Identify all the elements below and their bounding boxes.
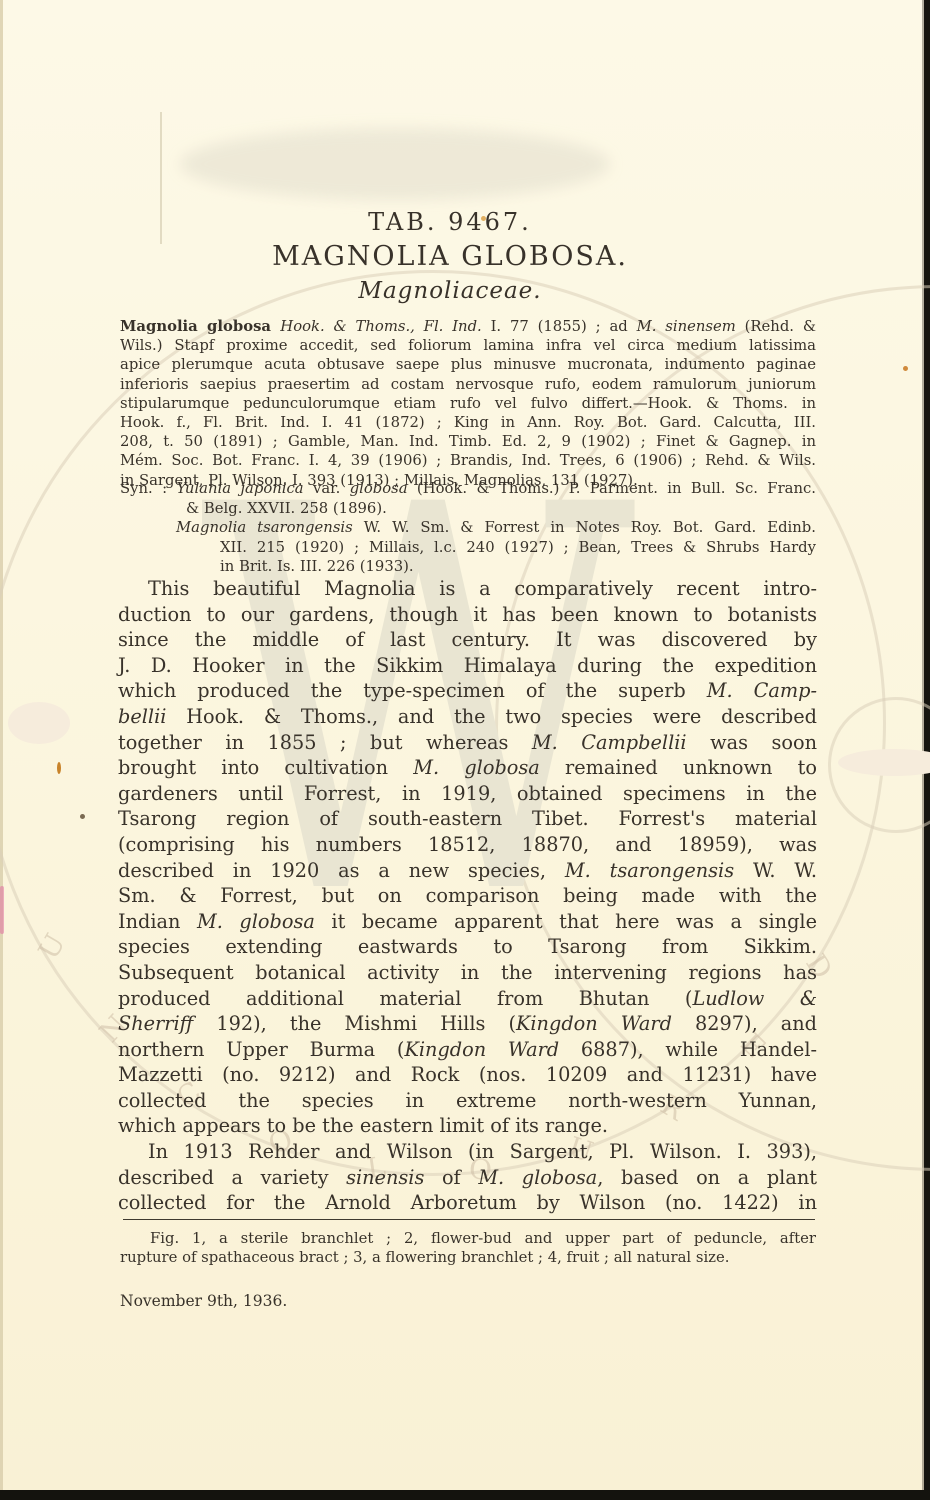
page-edge-left [0,0,3,1500]
text-line: Magnolia globosa Hook. & Thoms., Fl. Ind… [120,317,816,336]
text-line: which appears to be the eastern limit of… [118,1113,817,1139]
text-line: & Belg. XXVII. 258 (1896). [120,499,816,519]
watermark-letter: U [32,928,72,965]
paper-stain [57,762,61,774]
body-text: This beautiful Magnolia is a comparative… [118,576,817,1216]
watermark-ring-small [828,697,930,833]
text-line: Sm. & Forrest, but on comparison being m… [118,883,817,909]
text-line: together in 1855 ; but whereas M. Campbe… [118,730,817,756]
watermark-node-left [8,702,70,744]
text-line: described in 1920 as a new species, M. t… [118,858,817,884]
species-title: MAGNOLIA GLOBOSA. [100,239,800,275]
watermark-node-right [838,749,930,776]
text-line: inferioris saepius praesertim ad costam … [120,375,816,394]
text-line: Hook. f., Fl. Brit. Ind. I. 41 (1872) ; … [120,413,816,432]
reference-paragraph: Magnolia globosa Hook. & Thoms., Fl. Ind… [120,317,816,490]
family-name: Magnoliaceae. [100,275,800,307]
text-line: species extending eastwards to Tsarong f… [118,934,817,960]
text-line: Mém. Soc. Bot. Franc. I. 4, 39 (1906) ; … [120,451,816,470]
text-line: Mazzetti (no. 9212) and Rock (nos. 10209… [118,1062,817,1088]
text-line: XII. 215 (1920) ; Millais, l.c. 240 (192… [120,538,816,558]
text-line: Syn. : Yulania japonica var. globosa (Ho… [120,479,816,499]
text-line: apice plerumque acuta obtusave saepe plu… [120,355,816,374]
page-edge-bottom [0,1490,930,1500]
text-line: Indian M. globosa it became apparent tha… [118,909,817,935]
text-line: gardeners until Forrest, in 1919, obtain… [118,781,817,807]
text-line: Wils.) Stapf proxime accedit, sed folior… [120,336,816,355]
text-line: In 1913 Rehder and Wilson (in Sargent, P… [118,1139,817,1165]
paper-stain [80,814,85,819]
text-line: described a variety sinensis of M. globo… [118,1165,817,1191]
synonyms-block: Syn. : Yulania japonica var. globosa (Ho… [120,479,816,577]
text-line: since the middle of last century. It was… [118,627,817,653]
text-line: collected for the Arnold Arboretum by Wi… [118,1190,817,1216]
text-line: Magnolia tsarongensis W. W. Sm. & Forres… [120,518,816,538]
text-line: bellii Hook. & Thoms., and the two speci… [118,704,817,730]
page-heading: TAB. 9467. MAGNOLIA GLOBOSA. Magnoliacea… [100,205,800,307]
plate-number: TAB. 9467. [100,205,800,239]
text-line: collected the species in extreme north-w… [118,1088,817,1114]
publication-date: November 9th, 1936. [120,1292,287,1310]
text-line: Fig. 1, a sterile branchlet ; 2, flower-… [120,1229,816,1248]
text-line: J. D. Hooker in the Sikkim Himalaya duri… [118,653,817,679]
text-line: in Brit. Is. III. 226 (1933). [120,557,816,577]
scan-smudge [180,128,610,200]
text-line: duction to our gardens, though it has be… [118,602,817,628]
figure-caption: Fig. 1, a sterile branchlet ; 2, flower-… [120,1229,816,1268]
scanned-book-page: W UNCOLOURED TAB. 9467. MAGNOLIA GLOBOSA… [0,0,930,1500]
text-line: Subsequent botanical activity in the int… [118,960,817,986]
text-line: This beautiful Magnolia is a comparative… [118,576,817,602]
text-line: stipularumque pedunculorumque etiam rufo… [120,394,816,413]
text-line: which produced the type-specimen of the … [118,678,817,704]
text-line: produced additional material from Bhutan… [118,986,817,1012]
text-line: 208, t. 50 (1891) ; Gamble, Man. Ind. Ti… [120,432,816,451]
text-line: rupture of spathaceous bract ; 3, a flow… [120,1248,816,1267]
paper-stain [903,366,908,371]
text-line: brought into cultivation M. globosa rema… [118,755,817,781]
footnote-rule [123,1219,815,1220]
page-edge-right [924,0,930,1500]
text-line: northern Upper Burma (Kingdon Ward 6887)… [118,1037,817,1063]
text-line: Tsarong region of south-eastern Tibet. F… [118,806,817,832]
text-line: (comprising his numbers 18512, 18870, an… [118,832,817,858]
text-line: Sherriff 192), the Mishmi Hills (Kingdon… [118,1011,817,1037]
